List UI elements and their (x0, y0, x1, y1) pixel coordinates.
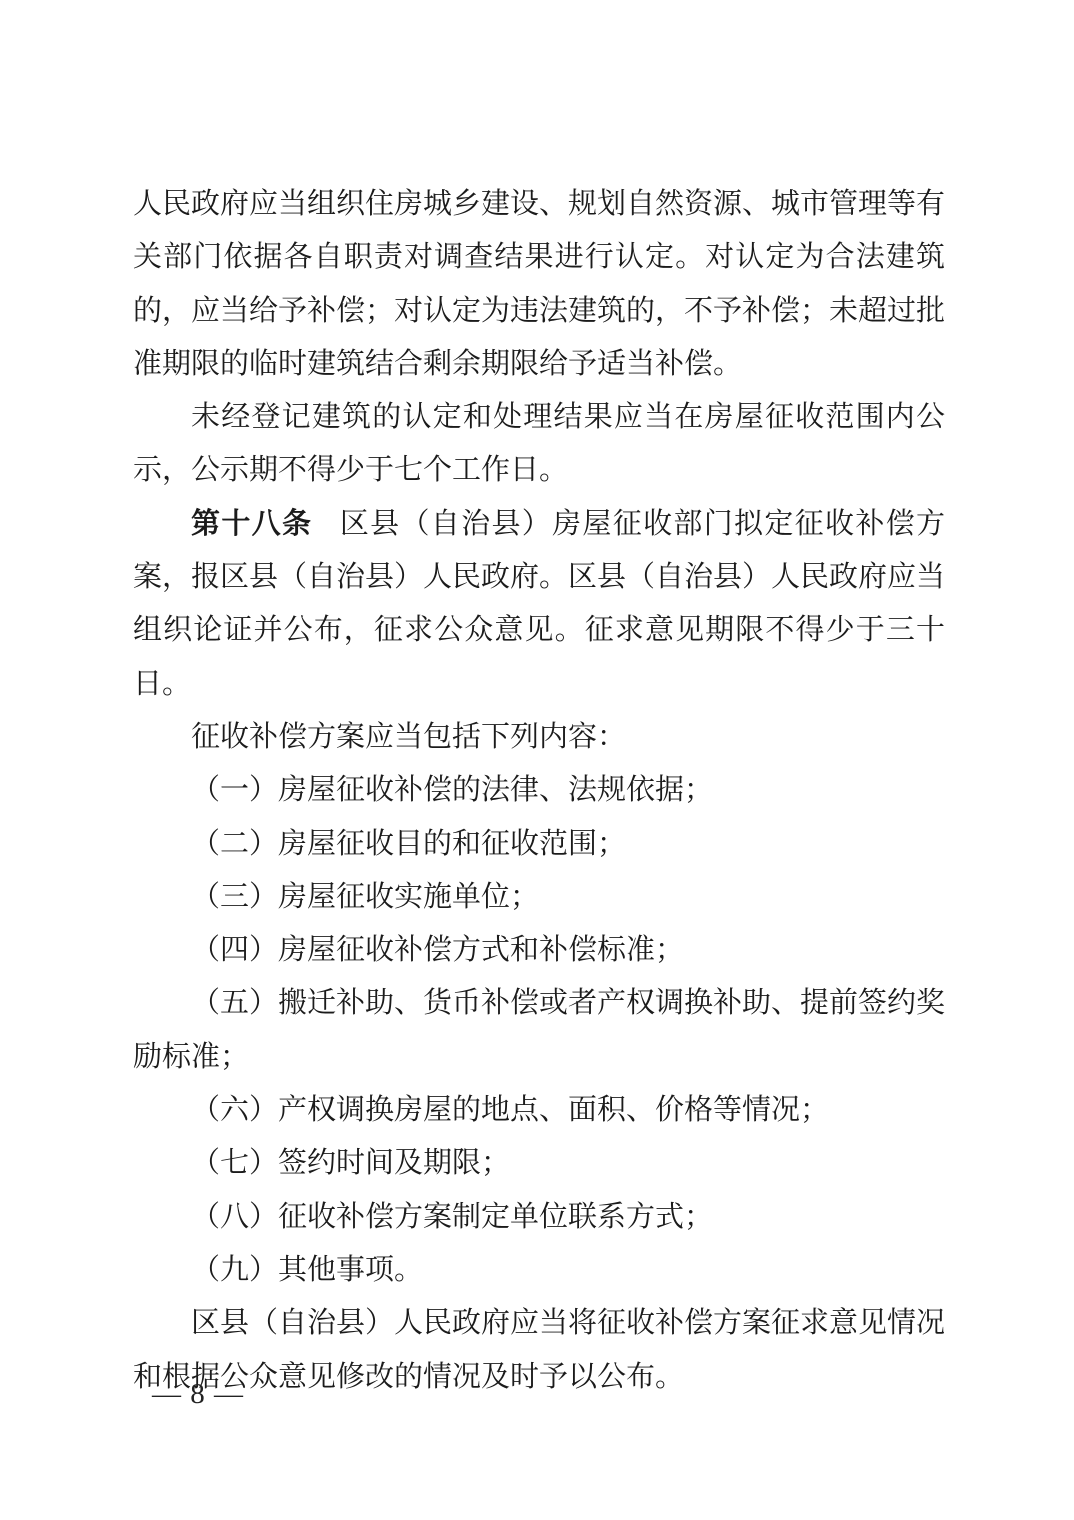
paragraph-unregistered-buildings-publicity: 未经登记建筑的认定和处理结果应当在房屋征收范围内公示，公示期不得少于七个工作日。 (133, 391, 945, 498)
paragraph-plan-publication: 区县（自治县）人民政府应当将征收补偿方案征求意见情况和根据公众意见修改的情况及时… (133, 1297, 945, 1404)
article-number-label: 第十八条 (191, 508, 312, 540)
list-item-5: （五）搬迁补助、货币补偿或者产权调换补助、提前签约奖励标准； (133, 977, 945, 1084)
page-number: — 8 — (152, 1374, 244, 1414)
list-item-4: （四）房屋征收补偿方式和补偿标准； (133, 924, 945, 977)
list-item-3: （三）房屋征收实施单位； (133, 871, 945, 924)
paragraph-article-18: 第十八条区县（自治县）房屋征收部门拟定征收补偿方案，报区县（自治县）人民政府。区… (133, 498, 945, 711)
list-item-7: （七）签约时间及期限； (133, 1137, 945, 1190)
paragraph-building-determination: 人民政府应当组织住房城乡建设、规划自然资源、城市管理等有关部门依据各自职责对调查… (133, 178, 945, 391)
document-body: 人民政府应当组织住房城乡建设、规划自然资源、城市管理等有关部门依据各自职责对调查… (133, 178, 945, 1404)
list-item-2: （二）房屋征收目的和征收范围； (133, 818, 945, 871)
document-page: 人民政府应当组织住房城乡建设、规划自然资源、城市管理等有关部门依据各自职责对调查… (0, 0, 1074, 1520)
list-item-8: （八）征收补偿方案制定单位联系方式； (133, 1191, 945, 1244)
paragraph-plan-contents-intro: 征收补偿方案应当包括下列内容： (133, 711, 945, 764)
list-item-6: （六）产权调换房屋的地点、面积、价格等情况； (133, 1084, 945, 1137)
list-item-9: （九）其他事项。 (133, 1244, 945, 1297)
list-item-1: （一）房屋征收补偿的法律、法规依据； (133, 764, 945, 817)
